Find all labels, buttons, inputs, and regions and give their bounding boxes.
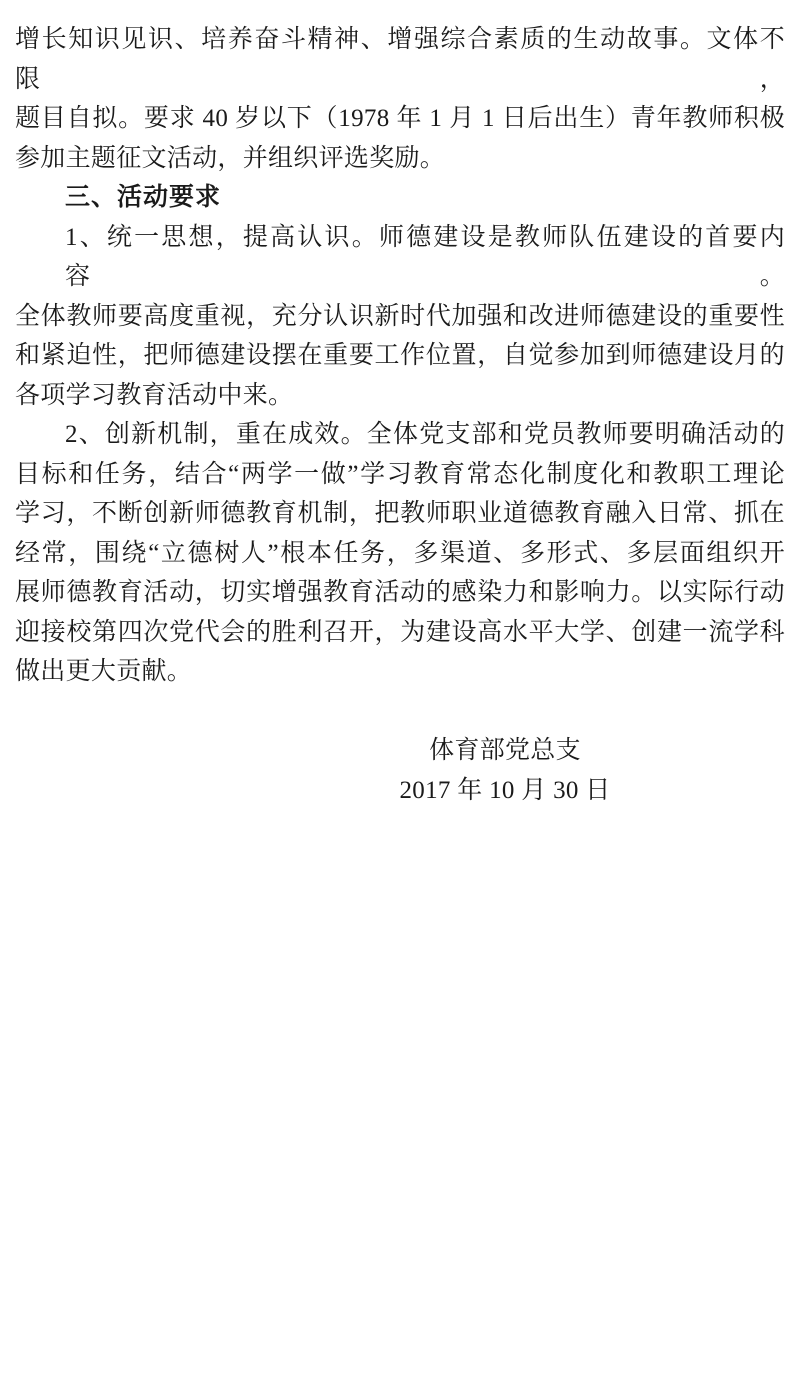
- body-line: 做出更大贡献。: [15, 652, 785, 692]
- body-line: 迎接校第四次党代会的胜利召开，为建设高水平大学、创建一流学科: [15, 613, 785, 653]
- body-line: 全体教师要高度重视，充分认识新时代加强和改进师德建设的重要性: [15, 297, 785, 337]
- body-line: 增长知识见识、培养奋斗精神、增强综合素质的生动故事。文体不限，: [15, 20, 785, 99]
- document-page: 增长知识见识、培养奋斗精神、增强综合素质的生动故事。文体不限， 题目自拟。要求 …: [0, 0, 800, 1387]
- blank-line: [15, 692, 785, 732]
- body-line: 2、创新机制，重在成效。全体党支部和党员教师要明确活动的: [15, 415, 785, 455]
- section-heading: 三、活动要求: [15, 178, 785, 218]
- body-line: 参加主题征文活动，并组织评选奖励。: [15, 139, 785, 179]
- body-line: 各项学习教育活动中来。: [15, 376, 785, 416]
- signature-author: 体育部党总支: [225, 731, 785, 771]
- signature-block: 体育部党总支 2017 年 10 月 30 日: [225, 731, 785, 810]
- document-body: 增长知识见识、培养奋斗精神、增强综合素质的生动故事。文体不限， 题目自拟。要求 …: [0, 0, 800, 810]
- signature-date: 2017 年 10 月 30 日: [225, 771, 785, 811]
- body-line: 展师德教育活动，切实增强教育活动的感染力和影响力。以实际行动: [15, 573, 785, 613]
- body-line: 目标和任务，结合“两学一做”学习教育常态化制度化和教职工理论: [15, 455, 785, 495]
- body-line: 经常，围绕“立德树人”根本任务，多渠道、多形式、多层面组织开: [15, 534, 785, 574]
- body-line: 题目自拟。要求 40 岁以下（1978 年 1 月 1 日后出生）青年教师积极: [15, 99, 785, 139]
- body-line: 学习，不断创新师德教育机制，把教师职业道德教育融入日常、抓在: [15, 494, 785, 534]
- body-line: 和紧迫性，把师德建设摆在重要工作位置，自觉参加到师德建设月的: [15, 336, 785, 376]
- body-line: 1、统一思想，提高认识。师德建设是教师队伍建设的首要内容。: [15, 218, 785, 297]
